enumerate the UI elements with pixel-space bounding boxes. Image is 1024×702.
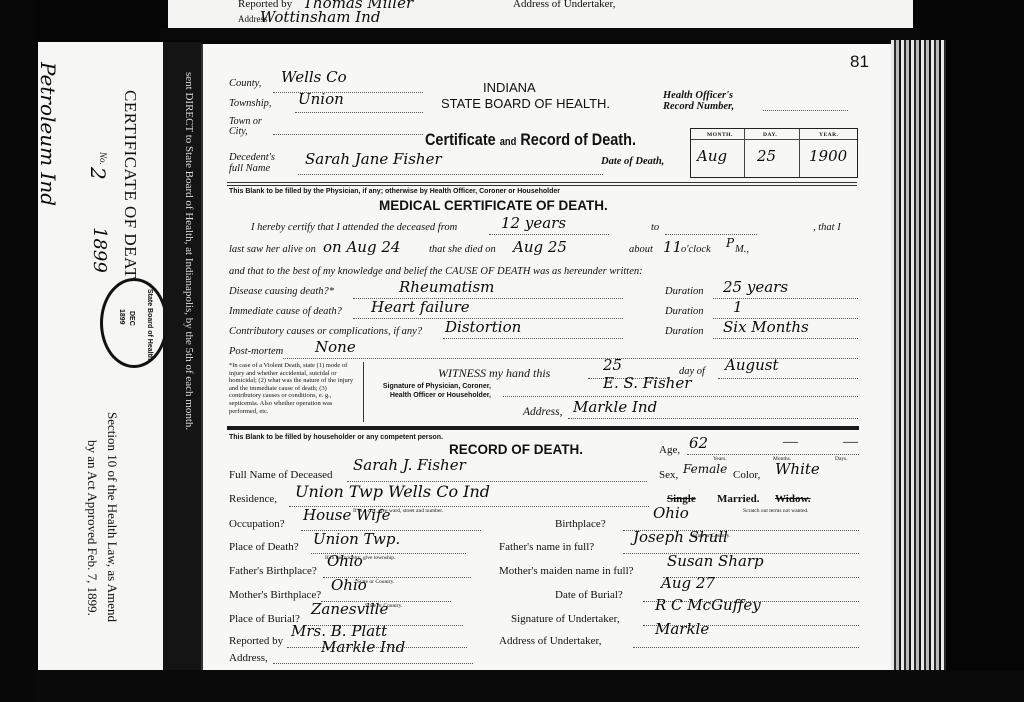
bottom-margin <box>0 670 1024 702</box>
father-name-value: Joseph Shull <box>633 528 728 546</box>
binding-edge <box>891 40 946 670</box>
date-of-death-label: Date of Death, <box>601 156 664 167</box>
decedent-value: Sarah Jane Fisher <box>305 150 442 168</box>
stub-footer-line1: Section 10 of the Health Law, as Amend <box>104 412 120 622</box>
county-value: Wells Co <box>281 68 347 86</box>
burial-place-value: Zanesville <box>311 600 388 618</box>
age-months: — <box>783 434 798 451</box>
stub-footer-line2: by an Act Approved Feb. 7, 1899. <box>84 440 100 616</box>
previous-card-strip: Reported by Thomas Miller Address of Und… <box>168 0 913 28</box>
prev-address-value: Wottinsham Ind <box>260 8 380 26</box>
stub-year: 1899 <box>89 227 110 273</box>
township-value: Union <box>298 90 344 108</box>
stub-title: CERTIFICATE OF DEATH <box>120 90 140 292</box>
disease-duration: 25 years <box>723 278 788 296</box>
stub-handwritten: Petroleum Ind <box>36 62 60 206</box>
board-title: STATE BOARD OF HEALTH. <box>441 96 610 111</box>
death-day: 25 <box>757 147 776 165</box>
spine-text: sent DIRECT to State Board of Health, at… <box>183 72 195 430</box>
marital-married: Married. <box>717 493 759 505</box>
physician-signature: E. S. Fisher <box>603 374 691 392</box>
attended-from: 12 years <box>501 214 566 232</box>
reporter-address: Markle Ind <box>321 638 405 656</box>
certificate-title: Certificate and Record of Death. <box>425 130 636 150</box>
color-value: White <box>775 460 820 478</box>
witness-day: 25 <box>603 356 622 374</box>
father-birthplace-value: Ohio <box>327 552 363 570</box>
undertaker-signature: R C McGuffey <box>655 596 761 614</box>
contributory-duration: Six Months <box>723 318 809 336</box>
undertaker-address: Markle <box>655 620 709 638</box>
date-of-death-box: MONTH. DAY. YEAR. Aug 25 1900 <box>690 128 858 178</box>
age-years: 62 <box>689 434 708 452</box>
stub-number-value: 2 <box>86 167 110 180</box>
residence-value: Union Twp Wells Co Ind <box>295 482 490 501</box>
medical-title: MEDICAL CERTIFICATE OF DEATH. <box>379 198 608 213</box>
town-label: Town or City, <box>229 117 269 137</box>
mother-maiden-value: Susan Sharp <box>667 552 764 570</box>
marital-widow: Widow. <box>775 493 811 505</box>
immediate-cause: Heart failure <box>371 298 470 316</box>
deceased-full-name: Sarah J. Fisher <box>353 456 466 474</box>
place-of-death-value: Union Twp. <box>313 530 400 548</box>
decedent-label: Decedent's full Name <box>229 152 279 174</box>
physician-address: Markle Ind <box>573 398 657 416</box>
page-number: 81 <box>850 52 869 72</box>
card-separator <box>160 28 920 40</box>
record-number-label: Health Officer's Record Number, <box>663 90 763 112</box>
state-title: INDIANA <box>483 80 536 95</box>
sex-value: Female <box>683 462 727 476</box>
mother-birthplace-value: Ohio <box>331 576 367 594</box>
disease-cause: Rheumatism <box>399 278 494 296</box>
death-month: Aug <box>697 147 727 165</box>
prev-undertaker-address-label: Address of Undertaker, <box>513 0 616 10</box>
board-of-health-stamp: State Board of Health DEC 1899 <box>100 278 168 368</box>
stub-number-label: No. <box>98 152 108 165</box>
occupation-value: House Wife <box>303 506 391 524</box>
township-label: Township, <box>229 98 272 109</box>
birthplace-value: Ohio <box>653 504 689 522</box>
witness-month: August <box>725 356 778 374</box>
medical-instruction: This Blank to be filled by the Physician… <box>229 188 560 195</box>
left-margin <box>0 0 36 702</box>
death-year: 1900 <box>809 147 847 165</box>
immediate-duration: 1 <box>733 298 743 316</box>
death-certificate-card: 81 County, Wells Co Township, Union Town… <box>201 44 893 670</box>
post-mortem-value: None <box>315 338 356 356</box>
burial-date-value: Aug 27 <box>661 574 715 592</box>
record-instruction: This Blank to be filled by householder o… <box>229 434 443 441</box>
spine: sent DIRECT to State Board of Health, at… <box>163 42 201 670</box>
about-hour: 11 <box>663 238 682 256</box>
county-label: County, <box>229 78 261 89</box>
died-on-value: Aug 25 <box>513 238 567 256</box>
contributory-cause: Distortion <box>445 318 521 336</box>
record-title: RECORD OF DEATH. <box>449 442 583 457</box>
violent-death-note: *In case of a Violent Death, state (1) m… <box>229 362 359 415</box>
last-saw-value: on Aug 24 <box>323 238 400 256</box>
belief-text: and that to the best of my knowledge and… <box>229 266 643 277</box>
age-days: — <box>843 434 858 451</box>
